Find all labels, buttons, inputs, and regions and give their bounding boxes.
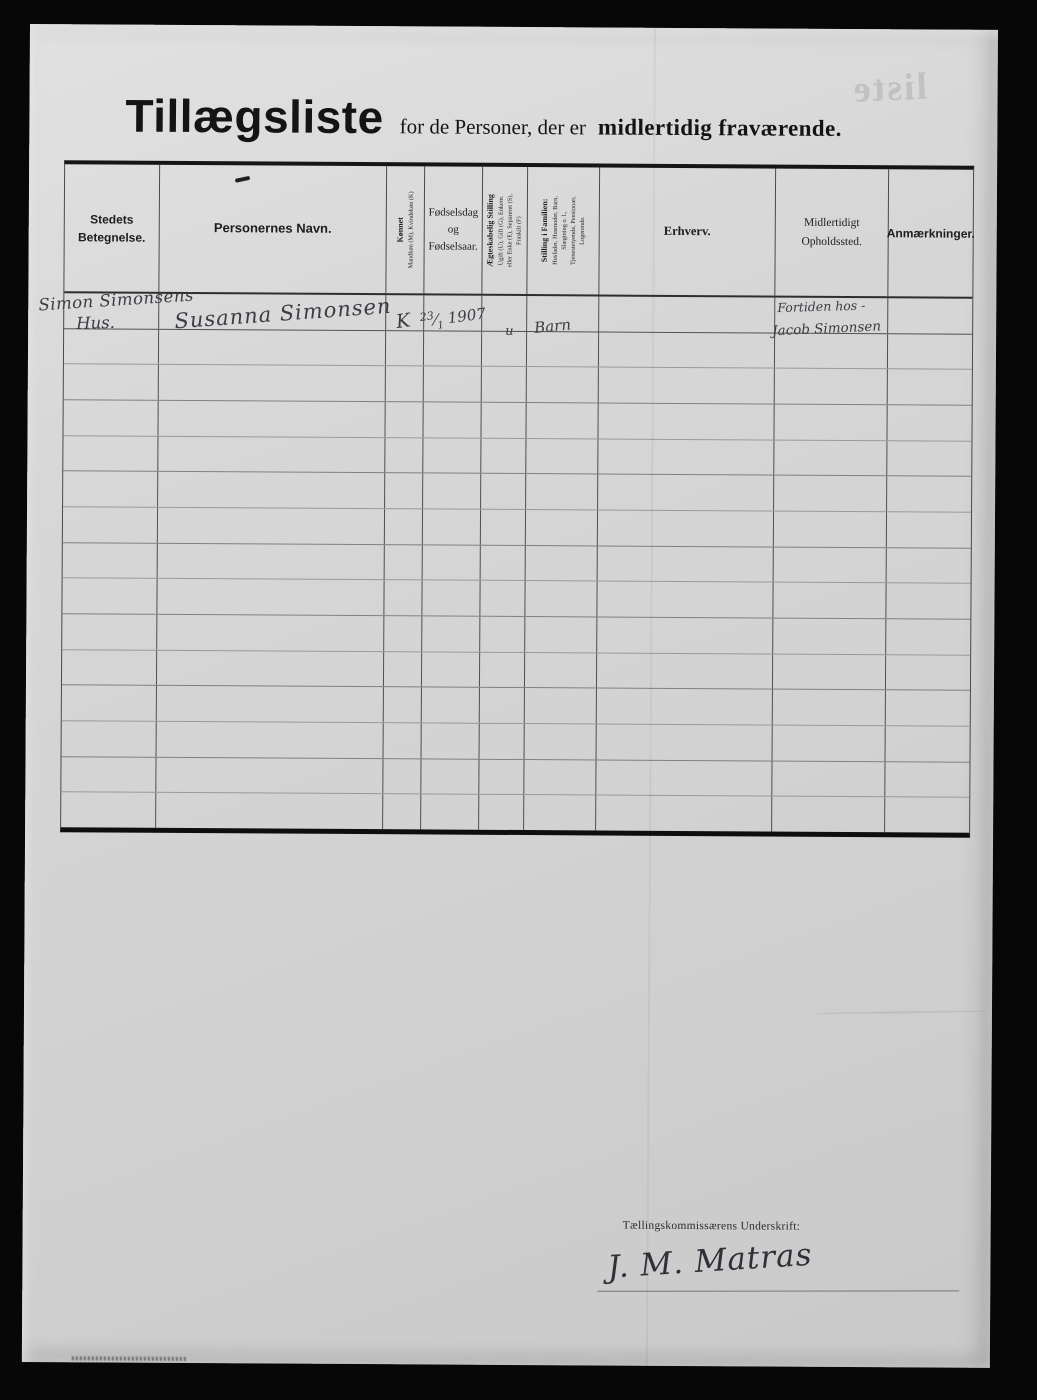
column-header-family-position: Stilling i Familien: Husfader, Husmoder,… <box>527 167 600 294</box>
table-cell <box>886 584 970 619</box>
table-cell <box>158 401 385 437</box>
horizontal-crease-mark <box>814 1010 989 1015</box>
table-cell <box>422 581 480 616</box>
table-cell <box>385 402 423 437</box>
table-empty-row <box>63 543 971 584</box>
table-cell <box>384 723 422 758</box>
table-cell <box>527 332 599 367</box>
entry-residence-line1: Fortiden hos - <box>777 298 866 316</box>
column-header-sex: Kønnet Mandkøn (M), Kvindekøn (K) <box>386 166 425 293</box>
table-cell <box>772 797 885 832</box>
table-cell <box>385 509 423 544</box>
table-cell <box>525 724 597 759</box>
page-title-emphasis: midlertidig fraværende. <box>598 115 842 139</box>
table-cell <box>158 508 385 544</box>
table-cell <box>384 616 422 651</box>
table-cell <box>526 474 598 509</box>
table-cell <box>480 581 525 616</box>
commissioner-signature: J. M. Matras <box>607 1237 814 1286</box>
table-cell <box>599 332 775 368</box>
table-cell <box>886 726 970 761</box>
table-cell <box>385 438 423 473</box>
table-cell <box>525 581 597 616</box>
table-cell <box>421 795 479 830</box>
table-empty-row <box>64 365 972 406</box>
table-cell <box>422 688 480 723</box>
table-cell <box>157 651 384 687</box>
table-cell <box>888 370 972 405</box>
table-cell <box>886 619 970 654</box>
table-cell <box>598 439 774 475</box>
table-cell <box>481 438 526 473</box>
table-cell <box>156 758 383 794</box>
table-cell <box>383 795 421 830</box>
entry-sex: K <box>395 309 412 333</box>
table-cell <box>597 689 773 725</box>
table-cell <box>62 686 157 721</box>
table-cell <box>385 474 423 509</box>
table-body <box>61 293 972 833</box>
table-cell <box>774 512 887 547</box>
table-cell <box>887 548 971 583</box>
table-cell <box>423 545 481 580</box>
table-cell <box>888 298 972 333</box>
table-cell <box>423 402 481 437</box>
table-cell <box>422 723 480 758</box>
table-cell <box>773 619 886 654</box>
table-cell <box>157 722 384 758</box>
bleedthrough-text: liste <box>851 68 928 109</box>
table-cell <box>773 583 886 618</box>
table-cell <box>887 441 971 476</box>
page-title: Tillægsliste for de Personer, der er mid… <box>125 93 842 143</box>
table-cell <box>64 365 159 400</box>
page-title-main: Tillægsliste <box>125 93 384 141</box>
table-cell <box>61 793 156 828</box>
table-cell <box>525 653 597 688</box>
table-empty-row <box>62 721 970 762</box>
table-cell <box>62 614 157 649</box>
table-cell <box>887 512 971 547</box>
table-cell <box>63 472 158 507</box>
column-header-temporary-residence: Midlertidigt Opholdssted. <box>775 169 889 297</box>
table-header-row: Stedets Betegnelse. Personernes Navn. Kø… <box>64 164 973 299</box>
table-cell <box>481 474 526 509</box>
table-cell <box>63 543 158 578</box>
table-cell <box>773 726 886 761</box>
table-cell <box>774 405 887 440</box>
table-cell <box>482 367 527 402</box>
table-cell <box>597 582 773 618</box>
table-cell <box>773 690 886 725</box>
table-cell <box>386 331 424 366</box>
table-cell <box>158 472 385 508</box>
column-header-name: Personernes Navn. <box>159 165 387 293</box>
table-cell <box>886 691 970 726</box>
signature-line <box>597 1290 959 1291</box>
table-cell <box>526 510 598 545</box>
table-cell <box>598 546 774 582</box>
column-header-occupation: Erhverv. <box>599 167 776 295</box>
table-cell <box>159 329 386 365</box>
table-cell <box>421 759 479 794</box>
table-cell <box>481 545 526 580</box>
table-empty-row <box>63 400 971 441</box>
signature-label: Tællingskommissærens Underskrift: <box>623 1220 801 1235</box>
table-cell <box>424 331 482 366</box>
table-empty-row <box>62 650 970 691</box>
table-cell <box>597 618 773 654</box>
column-header-place: Stedets Betegnelse. <box>64 164 160 292</box>
table-cell <box>599 296 775 332</box>
table-empty-row <box>63 507 971 548</box>
table-cell <box>481 403 526 438</box>
table-cell <box>887 477 971 512</box>
table-cell <box>527 367 599 402</box>
table-cell <box>159 365 386 401</box>
table-cell <box>598 475 774 511</box>
table-cell <box>525 617 597 652</box>
table-cell <box>775 369 888 404</box>
table-cell <box>772 761 885 796</box>
table-cell <box>481 510 526 545</box>
table-cell <box>479 795 524 830</box>
table-cell <box>422 652 480 687</box>
table-empty-row <box>62 686 970 727</box>
table-cell <box>156 793 383 829</box>
table-cell <box>526 546 598 581</box>
table-cell <box>886 655 970 690</box>
table-cell <box>524 760 596 795</box>
entry-place-line2: Hus. <box>76 313 115 333</box>
table-cell <box>598 511 774 547</box>
table-cell <box>62 579 157 614</box>
table-cell <box>887 405 971 440</box>
table-cell <box>383 759 421 794</box>
table-cell <box>384 652 422 687</box>
table-empty-row <box>61 793 969 833</box>
table-cell <box>423 474 481 509</box>
table-cell <box>158 543 385 579</box>
table-empty-row <box>63 472 971 513</box>
table-cell <box>63 400 158 435</box>
table-cell <box>774 440 887 475</box>
census-table: Stedets Betegnelse. Personernes Navn. Kø… <box>60 160 974 838</box>
table-cell <box>525 688 597 723</box>
table-cell <box>158 436 385 472</box>
printer-mark <box>72 1356 187 1361</box>
table-cell <box>423 509 481 544</box>
table-cell <box>480 688 525 723</box>
entry-family-position: Barn <box>533 315 571 337</box>
table-empty-row <box>63 436 971 477</box>
table-cell <box>63 436 158 471</box>
table-cell <box>62 650 157 685</box>
table-cell <box>599 368 775 404</box>
table-cell <box>422 616 480 651</box>
table-cell <box>885 798 969 833</box>
table-cell <box>598 403 774 439</box>
table-empty-row <box>62 614 970 655</box>
table-cell <box>524 795 596 830</box>
table-cell <box>384 581 422 616</box>
table-cell <box>386 367 424 402</box>
table-cell <box>888 334 972 369</box>
column-header-marital-status: Ægteskabelig Stilling Ugift (U), Gift (G… <box>482 167 528 294</box>
table-cell <box>157 686 384 722</box>
table-cell <box>157 579 384 615</box>
table-empty-row <box>61 757 969 798</box>
page-title-mid: for de Personer, der er <box>400 116 586 138</box>
table-cell <box>596 796 772 832</box>
table-cell <box>424 367 482 402</box>
table-cell <box>480 652 525 687</box>
table-empty-row <box>62 579 970 620</box>
table-cell <box>384 688 422 723</box>
table-cell <box>480 724 525 759</box>
table-cell <box>597 725 773 761</box>
table-cell <box>61 757 156 792</box>
table-cell <box>775 333 888 368</box>
table-cell <box>596 760 772 796</box>
table-cell <box>526 439 598 474</box>
table-cell <box>526 403 598 438</box>
table-cell <box>157 615 384 651</box>
table-cell <box>597 653 773 689</box>
table-cell <box>480 617 525 652</box>
entry-marital-status: u <box>505 324 513 339</box>
table-cell <box>385 545 423 580</box>
table-cell <box>64 329 159 364</box>
table-cell <box>774 476 887 511</box>
document-page: liste Tillægsliste for de Personer, der … <box>22 24 998 1368</box>
table-cell <box>62 721 157 756</box>
table-cell <box>423 438 481 473</box>
table-cell <box>774 547 887 582</box>
table-cell <box>885 762 969 797</box>
table-cell <box>773 654 886 689</box>
column-header-birthdate: Fødselsdag og Fødselsaar. <box>424 166 483 293</box>
column-header-remarks: Anmærkninger. <box>888 169 973 297</box>
table-cell <box>479 759 524 794</box>
table-cell <box>63 507 158 542</box>
